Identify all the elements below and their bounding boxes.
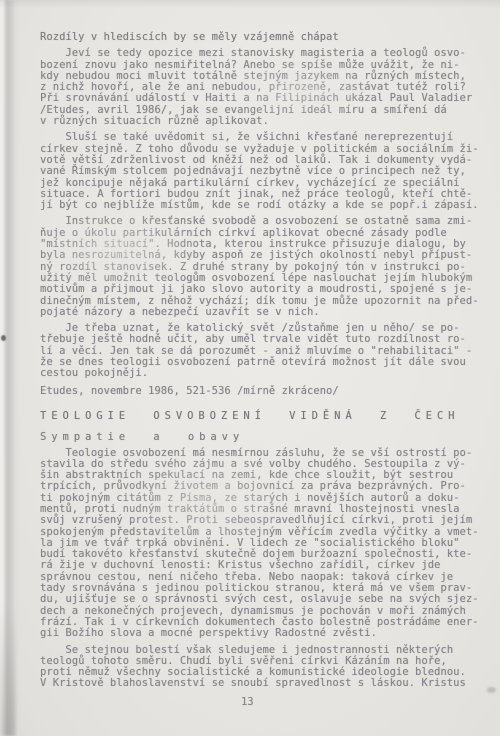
paragraph: Sluší se také uvědomit si, že všichni kř… xyxy=(40,132,482,211)
article-title: TEOLOGIE OSVOBOZENÍ VIDĚNÁ Z ČECH xyxy=(40,411,482,422)
paragraph: Teologie osvobození má nesmírnou zásluhu… xyxy=(40,448,482,640)
page-fold-shadow-bottom xyxy=(0,606,16,736)
document-body: Rozdíly v hlediscích by se měly vzájemně… xyxy=(40,32,482,695)
article-subtitle: Sympatie a obavy xyxy=(40,432,482,443)
scan-speck xyxy=(487,687,496,693)
page-top-edge-shadow xyxy=(0,0,500,8)
paragraph: Je třeba uznat, že katolický svět /zůsta… xyxy=(40,323,482,379)
paragraph: Se stejnou bolestí však sledujeme i jedn… xyxy=(40,645,482,690)
closing-section-heading: Rozdíly v hlediscích by se měly vzájemně… xyxy=(40,32,482,43)
source-citation: Etudes, novembre 1986, 521-536 /mírně zk… xyxy=(40,386,482,397)
paragraph: Jeví se tedy opozice mezi stanovisky mag… xyxy=(40,48,482,127)
scanned-document-page: Rozdíly v hlediscích by se měly vzájemně… xyxy=(0,0,500,736)
paragraph: Instrukce o křesťanské svobodě a osvoboz… xyxy=(40,216,482,318)
page-number: 13 xyxy=(241,696,254,708)
scan-speck xyxy=(1,335,6,341)
